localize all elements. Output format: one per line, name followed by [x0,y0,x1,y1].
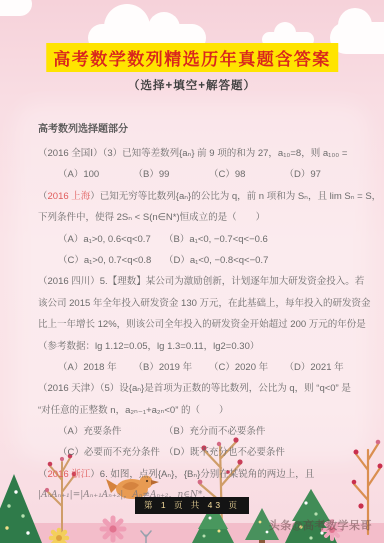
option-item: （A）100 [58,164,134,185]
question-line: 比上一年增长 12%，则该公司全年投入的研发资金开始超过 200 万元的年份是 [38,314,360,335]
options-row: （A）2018 年（B）2019 年（C）2020 年（D）2021 年 [38,357,360,378]
option-item: （C）必要而不充分条件 [58,442,164,463]
watermark: 头条@高考数学呆哥 [269,517,372,533]
option-item: （D）a₁<0, −0.8<q<−0.7 [164,250,360,271]
flower-icon [109,525,116,532]
year-region-tag: 2016 浙江 [48,469,91,480]
section-heading: 高考数列选择题部分 [38,121,360,143]
option-item: （B）充分而不必要条件 [164,421,360,442]
option-item: （A）a₁>0, 0.6<q<0.7 [58,229,164,250]
page-indicator: 第 1 页 共 43 页 [135,497,249,514]
option-item: （D）既不充分也不必要条件 [164,442,360,463]
worksheet-page: 高考数学数列精选历年真题含答案 （选择+填空+解答题） 高考数列选择题部分 （2… [0,0,384,543]
question-line: （2016 浙江）6. 如图，点列{Aₙ}，{Bₙ}分别在某锐角的两边上，且 [38,464,360,485]
question-line: （参考数据：lg 1.12=0.05，lg 1.3=0.11，lg2=0.30） [38,336,360,357]
question-line: “对任意的正整数 n，a₂ₙ₋₁+a₂ₙ<0” 的（ ） [38,400,360,421]
question-line: （2016 天津）（5）设{aₙ}是首项为正数的等比数列，公比为 q，则 “q<… [38,378,360,399]
option-item: （C）2020 年 [209,357,285,378]
question-line: 下列条件中，使得 2Sₙ < S(n∈N*)恒成立的是（ ） [38,207,360,228]
year-region-tag: 2016 上海 [48,191,91,202]
option-item: （C）98 [209,164,285,185]
options-row: （A）a₁>0, 0.6<q<0.7（B）a₁<0, −0.7<q<−0.6 [38,229,360,250]
option-item: （B）99 [134,164,210,185]
option-item: （D）2021 年 [285,357,361,378]
option-item: （B）2019 年 [134,357,210,378]
option-item: （A）充要条件 [58,421,164,442]
cloud-icon [330,22,384,54]
flower-icon [102,518,124,540]
options-row: （C）必要而不充分条件（D）既不充分也不必要条件 [38,442,360,463]
option-item: （D）97 [285,164,361,185]
pine-tree-icon [0,474,42,543]
option-item: （B）a₁<0, −0.7<q<−0.6 [164,229,360,250]
options-row: （A）100（B）99（C）98（D）97 [38,164,360,185]
option-item: （A）2018 年 [58,357,134,378]
flower-icon [56,535,62,541]
question-line: （2016 四川）5.【理数】某公司为激励创新，计划逐年加大研发资金投入。若 [38,271,360,292]
options-row: （A）充要条件（B）充分而不必要条件 [38,421,360,442]
page-subtitle: （选择+填空+解答题） [128,77,256,93]
question-content: 高考数列选择题部分 （2016 全国Ⅰ）（3）已知等差数列{aₙ} 前 9 项的… [38,121,360,507]
flower-icon [51,530,67,543]
question-lines: （2016 全国Ⅰ）（3）已知等差数列{aₙ} 前 9 项的和为 27，a₁₀=… [38,143,360,507]
cloud-icon [0,0,32,16]
page-title: 高考数学数列精选历年真题含答案 [46,43,338,72]
question-line: （2016 全国Ⅰ）（3）已知等差数列{aₙ} 前 9 项的和为 27，a₁₀=… [38,143,360,164]
question-line: 该公司 2015 年全年投入研发资金 130 万元，在此基础上，每年投入的研发资… [38,293,360,314]
question-line: （2016 上海）已知无穷等比数列{aₙ}的公比为 q，前 n 项和为 Sₙ，且… [38,186,360,207]
sprout-icon [141,531,151,543]
option-item: （C）a₁>0, 0.7<q<0.8 [58,250,164,271]
options-row: （C）a₁>0, 0.7<q<0.8（D）a₁<0, −0.8<q<−0.7 [38,250,360,271]
